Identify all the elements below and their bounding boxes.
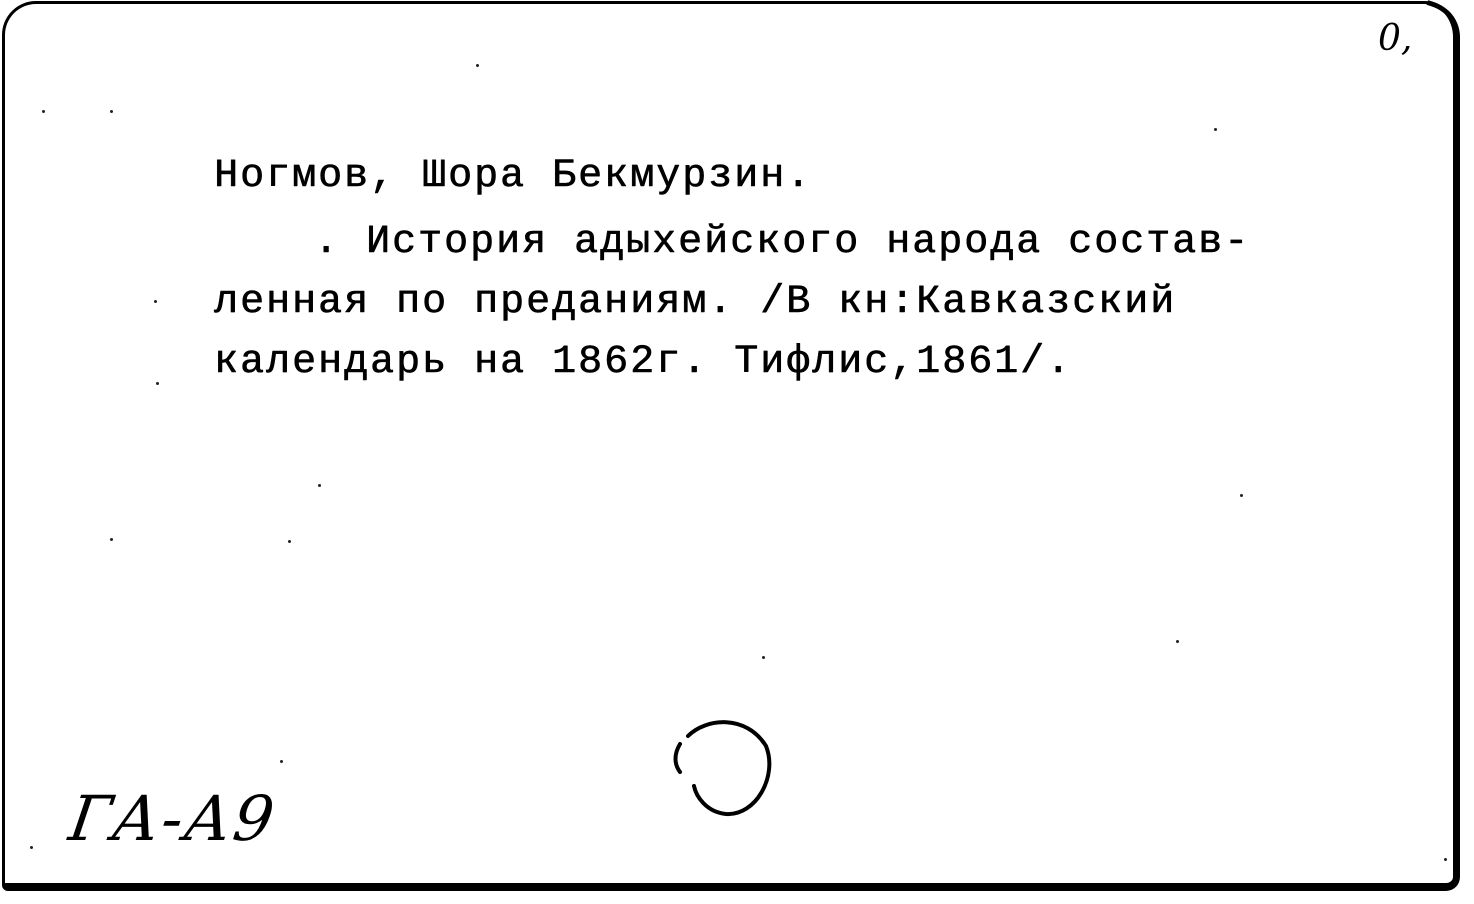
corner-mark: 0, [1378, 18, 1412, 59]
title-line-2: ленная по преданиям. /В кн:Кавказский [214, 280, 1176, 325]
scan-speck [476, 64, 479, 67]
punch-hole-outline-icon [666, 716, 774, 818]
title-line-1: . История адыхейского народа состав- [314, 220, 1250, 265]
scan-speck [1176, 640, 1179, 643]
scan-speck [156, 382, 159, 385]
scan-speck [1444, 858, 1447, 861]
shelf-mark: ГА-А9 [65, 782, 281, 855]
scan-speck [154, 300, 157, 303]
title-line-3: календарь на 1862г. Тифлис,1861/. [214, 340, 1072, 385]
scan-speck [110, 110, 113, 113]
scan-speck [288, 540, 291, 543]
scan-speck [42, 110, 45, 113]
scan-speck [762, 656, 765, 659]
scan-speck [280, 760, 283, 763]
scan-speck [318, 484, 321, 487]
scan-speck [110, 538, 113, 541]
scan-speck [1240, 494, 1243, 497]
author-line: Ногмов, Шора Бекмурзин. [214, 154, 812, 199]
scan-speck [1214, 128, 1217, 131]
scan-speck [30, 846, 33, 849]
